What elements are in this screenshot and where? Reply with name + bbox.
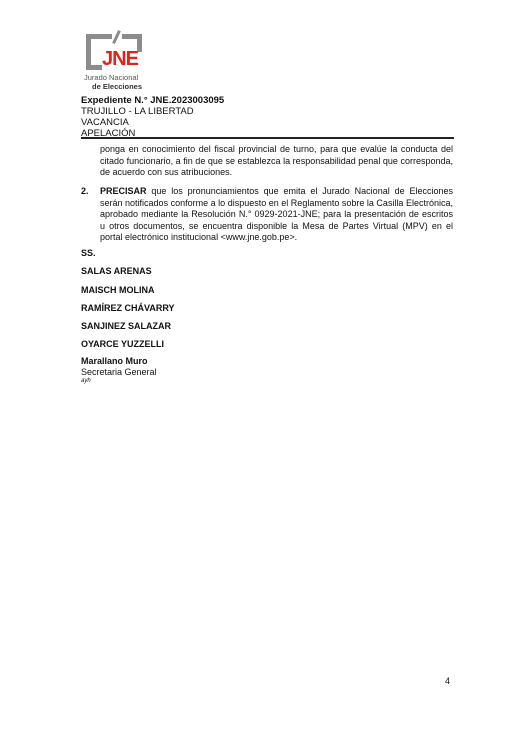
- signatory: SALAS ARENAS: [81, 266, 152, 276]
- logo-frame: [86, 65, 102, 70]
- secretary-title: Secretaria General: [81, 367, 157, 377]
- logo-slash: [112, 30, 121, 44]
- ss-label: SS.: [81, 248, 96, 258]
- item-keyword: PRECISAR: [100, 186, 147, 196]
- signatory: RAMÍREZ CHÁVARRY: [81, 303, 175, 313]
- item-text: que los pronunciamientos que emita el Ju…: [100, 186, 453, 242]
- signatory: OYARCE YUZZELLI: [81, 339, 164, 349]
- location: TRUJILLO - LA LIBERTAD: [81, 106, 224, 117]
- document-header: Expediente N.° JNE.2023003095 TRUJILLO -…: [81, 95, 224, 139]
- item-number: 2.: [81, 186, 89, 196]
- initials: ayh: [81, 378, 91, 384]
- header-divider: [81, 137, 454, 139]
- logo-mark: JNE: [102, 48, 138, 71]
- signatory: SANJINEZ SALAZAR: [81, 321, 171, 331]
- matter: VACANCIA: [81, 117, 224, 128]
- logo-subtitle-2: de Elecciones: [92, 82, 142, 91]
- page-number: 4: [445, 676, 450, 686]
- paragraph-item-2: PRECISAR que los pronunciamientos que em…: [100, 186, 453, 244]
- jne-logo: JNE Jurado Nacional de Elecciones: [84, 28, 154, 98]
- secretary-name: Marallano Muro: [81, 356, 148, 366]
- signatory: MAISCH MOLINA: [81, 285, 155, 295]
- logo-subtitle-1: Jurado Nacional: [84, 73, 138, 82]
- paragraph-continued: ponga en conocimiento del fiscal provinc…: [100, 144, 453, 179]
- expediente-number: Expediente N.° JNE.2023003095: [81, 95, 224, 106]
